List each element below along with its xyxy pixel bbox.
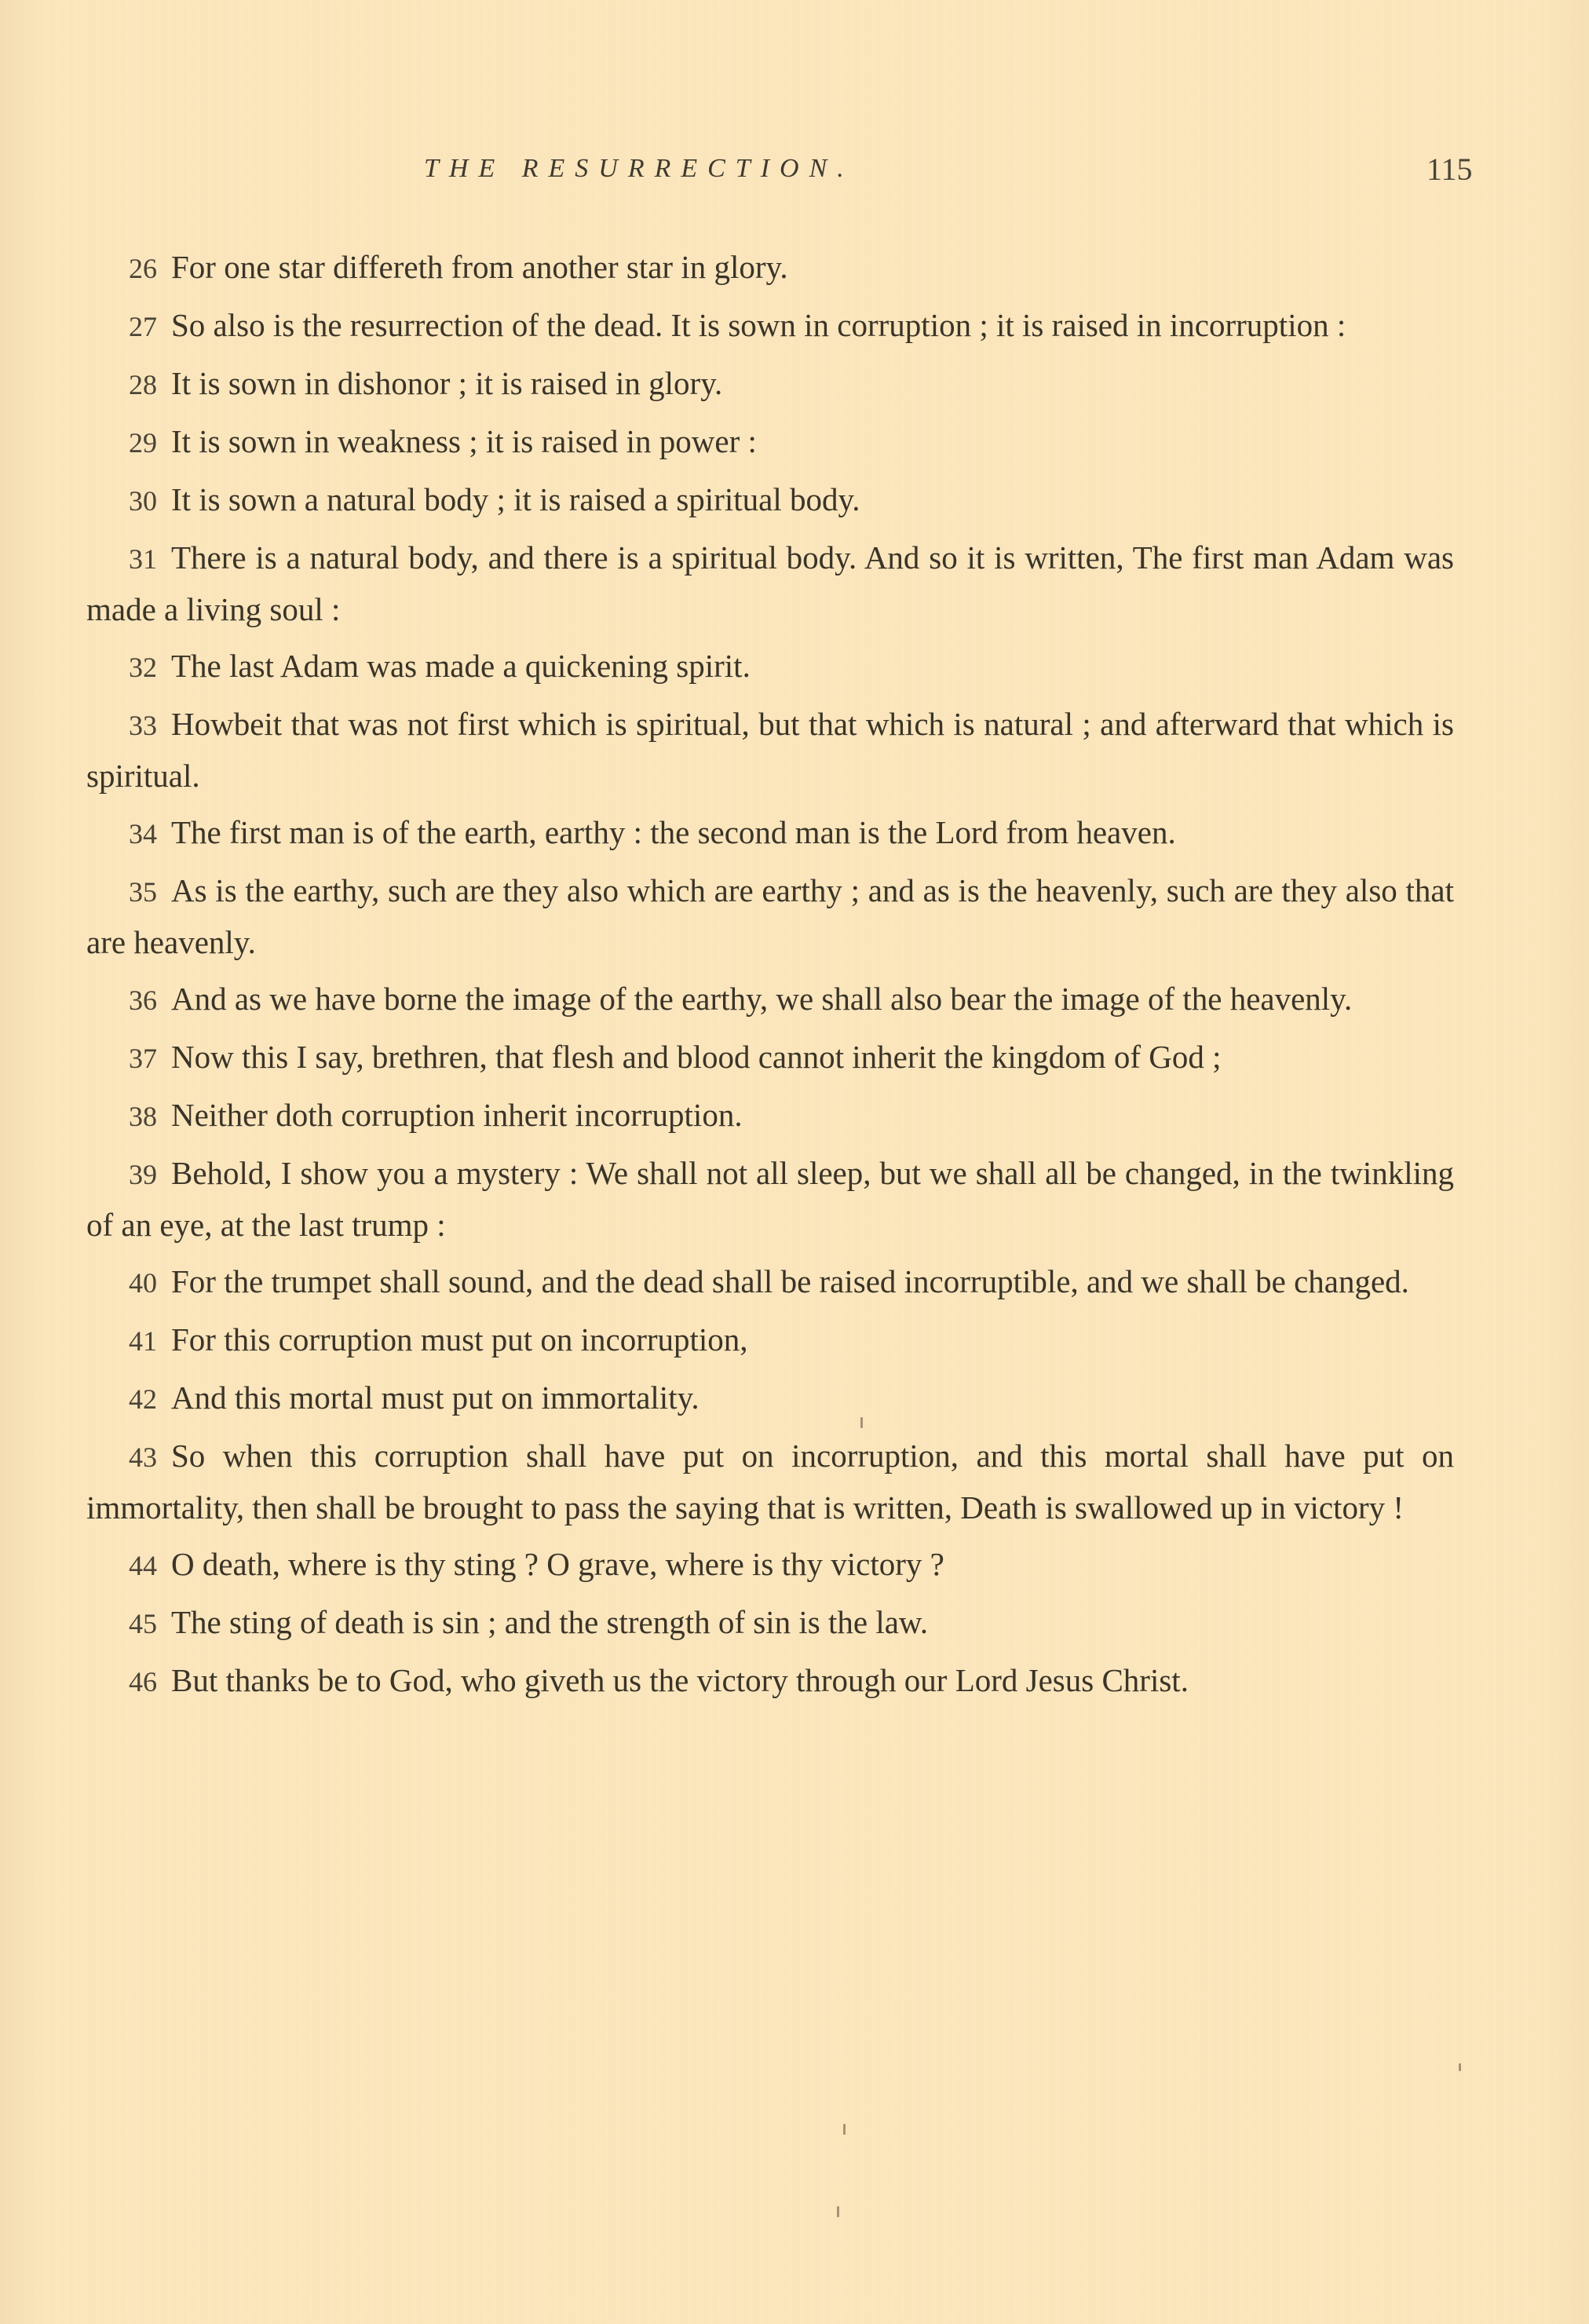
verse-number: 38 — [129, 1101, 157, 1132]
verse-34: 34The first man is of the earth, earthy … — [86, 807, 1454, 859]
verse-number: 41 — [129, 1325, 157, 1357]
verse-38: 38Neither doth corruption inherit incorr… — [86, 1090, 1454, 1142]
paper-speck — [1459, 2063, 1461, 2071]
verse-text: It is sown in dishonor ; it is raised in… — [171, 365, 722, 401]
verse-37: 37Now this I say, brethren, that flesh a… — [86, 1032, 1454, 1083]
verse-text: It is sown in weakness ; it is raised in… — [171, 423, 757, 459]
verse-text: O death, where is thy sting ? O grave, w… — [171, 1546, 944, 1582]
verse-number: 42 — [129, 1383, 157, 1415]
verse-44: 44O death, where is thy sting ? O grave,… — [86, 1539, 1454, 1591]
verse-text: So also is the resurrection of the dead.… — [171, 307, 1346, 343]
verse-text: The last Adam was made a quickening spir… — [171, 648, 751, 684]
verse-number: 29 — [129, 427, 157, 459]
verse-text: Now this I say, brethren, that flesh and… — [171, 1039, 1222, 1075]
verse-text: As is the earthy, such are they also whi… — [86, 872, 1454, 960]
verse-text: Behold, I show you a mystery : We shall … — [86, 1155, 1454, 1243]
verse-39: 39Behold, I show you a mystery : We shal… — [86, 1148, 1454, 1250]
verse-number: 31 — [129, 543, 157, 575]
verse-text: For one star differeth from another star… — [171, 249, 788, 285]
verse-text: But thanks be to God, who giveth us the … — [171, 1662, 1189, 1698]
verse-text: And as we have borne the image of the ea… — [171, 981, 1352, 1017]
verse-text: Howbeit that was not first which is spir… — [86, 706, 1454, 794]
verse-number: 39 — [129, 1159, 157, 1190]
verse-number: 32 — [129, 652, 157, 683]
verse-number: 40 — [129, 1267, 157, 1299]
verse-text: The first man is of the earth, earthy : … — [171, 814, 1176, 850]
verse-number: 36 — [129, 985, 157, 1016]
running-head: THE RESURRECTION. 115 — [424, 154, 1445, 201]
verse-number: 30 — [129, 485, 157, 517]
verse-27: 27So also is the resurrection of the dea… — [86, 300, 1454, 352]
running-title: THE RESURRECTION. — [424, 154, 854, 184]
verse-32: 32The last Adam was made a quickening sp… — [86, 641, 1454, 692]
verse-number: 28 — [129, 369, 157, 400]
verse-text: And this mortal must put on immortality. — [171, 1379, 700, 1416]
verse-28: 28It is sown in dishonor ; it is raised … — [86, 358, 1454, 410]
verse-33: 33Howbeit that was not first which is sp… — [86, 699, 1454, 801]
verse-43: 43So when this corruption shall have put… — [86, 1431, 1454, 1533]
verse-29: 29It is sown in weakness ; it is raised … — [86, 416, 1454, 468]
verse-text: For the trumpet shall sound, and the dea… — [171, 1263, 1409, 1299]
verse-number: 34 — [129, 818, 157, 850]
verse-list: 26For one star differeth from another st… — [86, 242, 1454, 1713]
verse-number: 46 — [129, 1666, 157, 1697]
verse-number: 45 — [129, 1608, 157, 1639]
verse-number: 27 — [129, 311, 157, 342]
verse-26: 26For one star differeth from another st… — [86, 242, 1454, 294]
verse-number: 37 — [129, 1043, 157, 1074]
verse-35: 35As is the earthy, such are they also w… — [86, 865, 1454, 967]
paper-speck — [837, 2206, 839, 2217]
verse-text: The sting of death is sin ; and the stre… — [171, 1604, 928, 1640]
verse-40: 40For the trumpet shall sound, and the d… — [86, 1256, 1454, 1308]
verse-30: 30It is sown a natural body ; it is rais… — [86, 474, 1454, 526]
verse-number: 33 — [129, 710, 157, 741]
verse-text: For this corruption must put on incorrup… — [171, 1321, 748, 1357]
verse-36: 36And as we have borne the image of the … — [86, 974, 1454, 1025]
verse-45: 45The sting of death is sin ; and the st… — [86, 1597, 1454, 1649]
verse-text: Neither doth corruption inherit incorrup… — [171, 1097, 743, 1133]
verse-41: 41For this corruption must put on incorr… — [86, 1314, 1454, 1366]
verse-number: 26 — [129, 253, 157, 284]
book-page: THE RESURRECTION. 115 26For one star dif… — [0, 0, 1589, 2324]
verse-number: 44 — [129, 1550, 157, 1581]
verse-46: 46But thanks be to God, who giveth us th… — [86, 1655, 1454, 1707]
verse-text: There is a natural body, and there is a … — [86, 539, 1454, 627]
paper-speck — [860, 1417, 863, 1428]
verse-text: It is sown a natural body ; it is raised… — [171, 481, 860, 517]
verse-number: 35 — [129, 876, 157, 908]
verse-text: So when this corruption shall have put o… — [86, 1438, 1454, 1526]
verse-number: 43 — [129, 1442, 157, 1473]
verse-31: 31There is a natural body, and there is … — [86, 532, 1454, 634]
verse-42: 42And this mortal must put on immortalit… — [86, 1372, 1454, 1424]
page-number: 115 — [1426, 151, 1473, 188]
paper-speck — [843, 2124, 846, 2135]
